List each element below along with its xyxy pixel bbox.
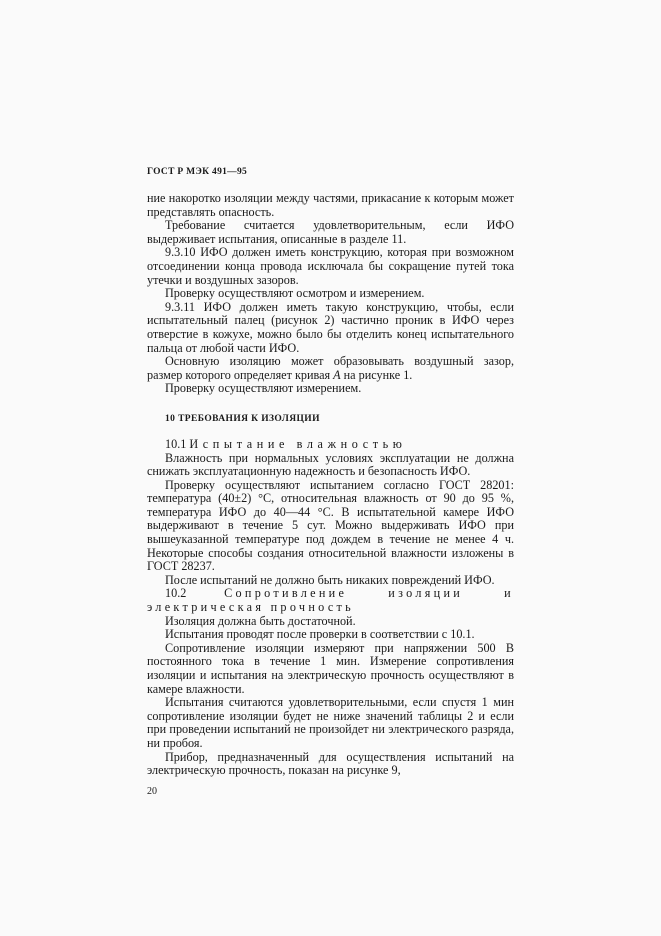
subsection-number: 10.2	[165, 586, 186, 600]
subsection-title: Сопротивление изоляции и электрическая п…	[147, 586, 514, 614]
paragraph-check-inspection: Проверку осуществляют осмотром и измерен…	[147, 287, 514, 301]
paragraph-tests-after: Испытания проводят после проверки в соот…	[147, 628, 514, 642]
paragraph-air-gap: Основную изоляцию может образовывать воз…	[147, 355, 514, 382]
paragraph-no-damage: После испытаний не должно быть никаких п…	[147, 574, 514, 588]
paragraph-9-3-11: 9.3.11 ИФО должен иметь такую конструкци…	[147, 301, 514, 355]
subsection-heading-10-1: 10.1 Испытание влажностью	[147, 438, 514, 452]
paragraph-insulation-sufficient: Изоляция должна быть достаточной.	[147, 615, 514, 629]
document-page: ГОСТ Р МЭК 491—95 ние накоротко изоляции…	[147, 166, 514, 798]
paragraph-9-3-10: 9.3.10 ИФО должен иметь конструкцию, кот…	[147, 246, 514, 287]
paragraph-humidity-test: Проверку осуществляют испытанием согласн…	[147, 479, 514, 574]
paragraph-continuation: ние накоротко изоляции между частями, пр…	[147, 192, 514, 219]
paragraph-requirement: Требование считается удовлетворительным,…	[147, 219, 514, 246]
paragraph-humidity: Влажность при нормальных условиях эксплу…	[147, 452, 514, 479]
running-header: ГОСТ Р МЭК 491—95	[147, 166, 514, 178]
paragraph-device: Прибор, предназначенный для осуществлени…	[147, 751, 514, 778]
subsection-heading-10-2: 10.2 Сопротивление изоляции и электричес…	[147, 587, 514, 614]
page-number: 20	[147, 786, 514, 798]
subsection-title: Испытание влажностью	[189, 437, 406, 451]
air-gap-text-2: на рисунке 1.	[341, 368, 413, 382]
paragraph-check-measurement: Проверку осуществляют измерением.	[147, 382, 514, 396]
paragraph-resistance-measure: Сопротивление изоляции измеряют при напр…	[147, 642, 514, 696]
paragraph-tests-satisfactory: Испытания считаются удовлетворительными,…	[147, 696, 514, 750]
curve-label: A	[333, 368, 340, 382]
subsection-number: 10.1	[165, 437, 186, 451]
air-gap-text-1: Основную изоляцию может образовывать воз…	[147, 354, 514, 382]
section-title-10: 10 ТРЕБОВАНИЯ К ИЗОЛЯЦИИ	[165, 413, 514, 425]
